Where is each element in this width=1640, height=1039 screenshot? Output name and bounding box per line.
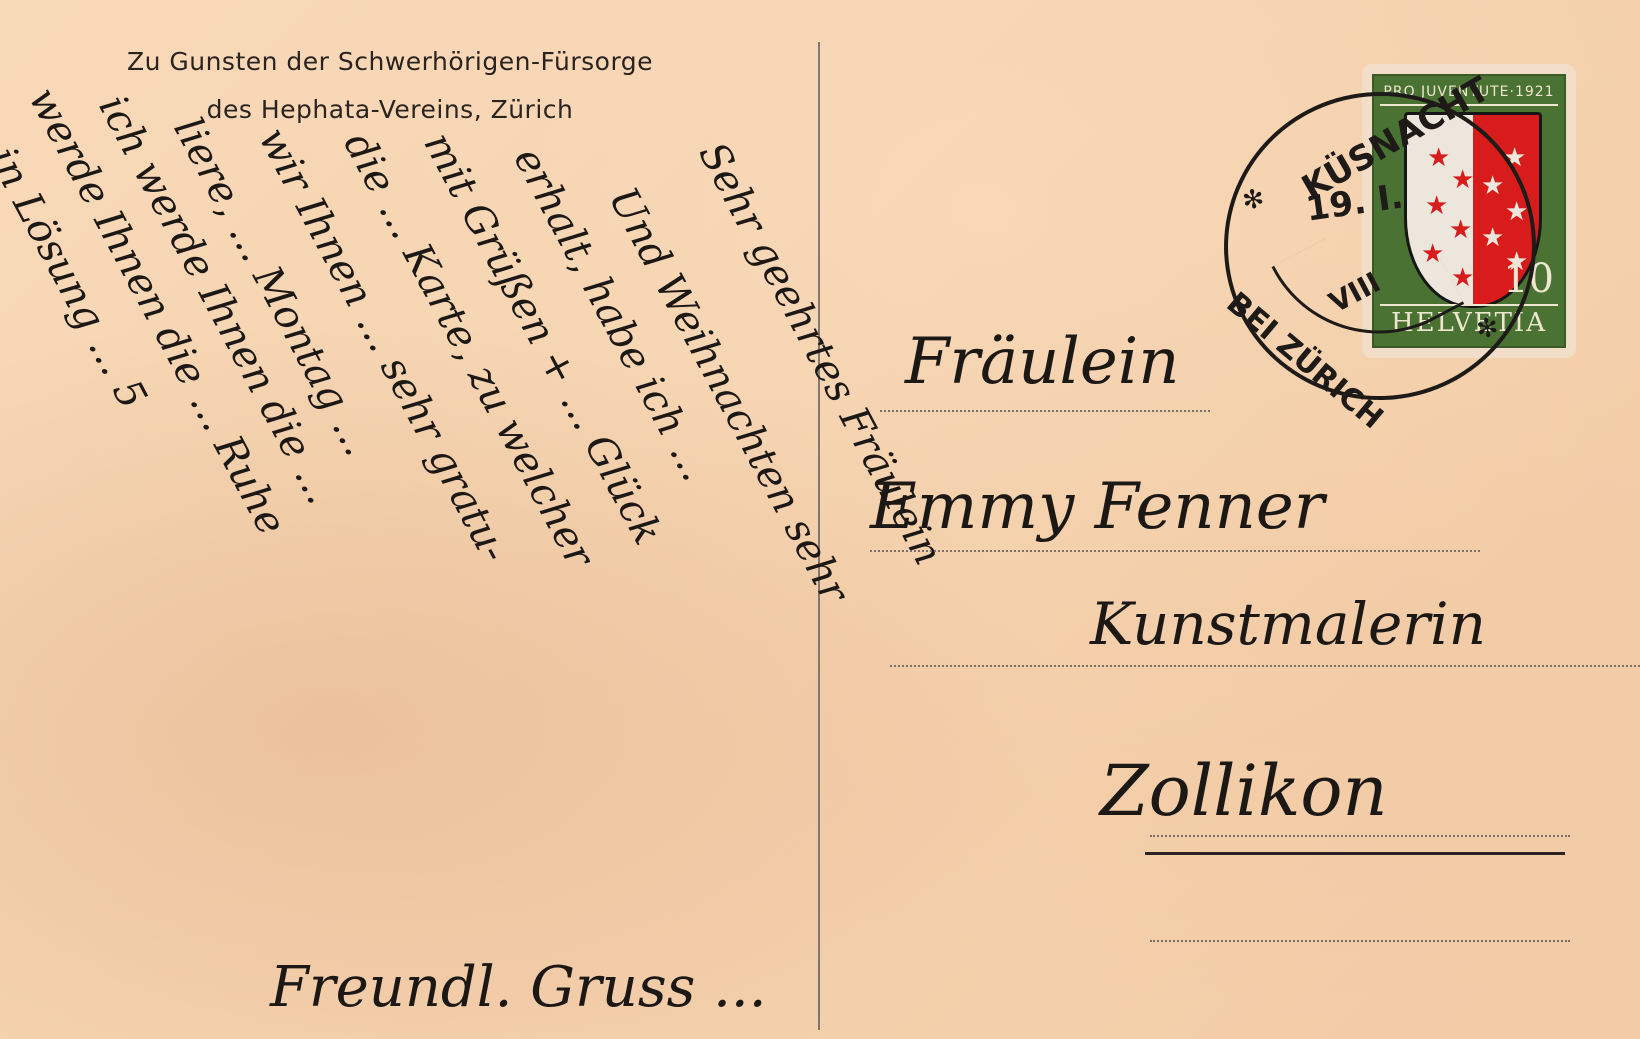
printed-header: Zu Gunsten der Schwerhörigen-Fürsorge de… xyxy=(60,38,720,134)
address-rule xyxy=(1150,940,1570,942)
postmark-ornament-icon: ✻ xyxy=(1240,184,1266,217)
address-rule xyxy=(870,550,1480,552)
address-rule xyxy=(880,410,1210,412)
address-city: Zollikon xyxy=(1100,750,1388,832)
header-line-2: des Hephata-Vereins, Zürich xyxy=(60,86,720,134)
address-underline xyxy=(1145,852,1565,855)
postcard: Zu Gunsten der Schwerhörigen-Fürsorge de… xyxy=(0,0,1640,1039)
address-name: Emmy Fenner xyxy=(870,470,1324,544)
header-line-1: Zu Gunsten der Schwerhörigen-Fürsorge xyxy=(60,38,720,86)
address-salutation: Fräulein xyxy=(905,325,1179,399)
address-rule xyxy=(1150,835,1570,837)
signature: Freundl. Gruss ... xyxy=(270,955,767,1020)
postmark-ornament-icon: ✻ xyxy=(1475,312,1501,345)
address-rule xyxy=(890,665,1640,667)
address-occupation: Kunstmalerin xyxy=(1090,590,1486,658)
